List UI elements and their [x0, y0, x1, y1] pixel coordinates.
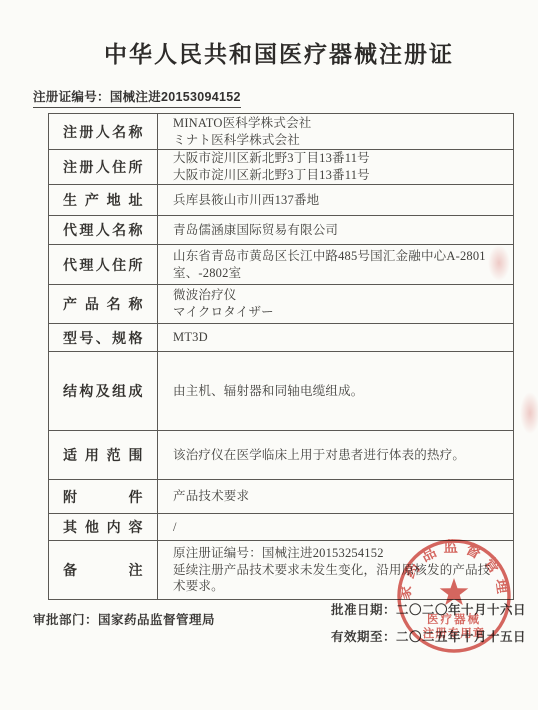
row-value-line: 原注册证编号：国械注进20153254152: [173, 545, 503, 562]
row-value-line: マイクロタイザー: [173, 304, 503, 321]
row-label: 适用范围: [63, 445, 143, 465]
row-label: 注册人名称: [63, 122, 143, 142]
row-label: 产品名称: [63, 294, 143, 314]
row-label: 型号、规格: [63, 328, 143, 348]
registration-number-line: 注册证编号：国械注进20153094152: [33, 87, 241, 108]
valid-until-date: 有效期至：二〇二五年十月十五日: [331, 627, 526, 645]
row-value-line: 兵库县筱山市川西137番地: [173, 192, 503, 209]
row-label: 附件: [63, 487, 143, 507]
row-label: 代理人名称: [63, 220, 143, 240]
row-value-line: 青岛儒涵康国际贸易有限公司: [173, 222, 503, 239]
table-row: 注册人名称 MINATO医科学株式会社 ミナト医科学株式会社: [49, 114, 513, 149]
row-value-line: MINATO医科学株式会社: [173, 115, 503, 132]
row-value-line: /: [173, 519, 503, 536]
row-value: 青岛儒涵康国际贸易有限公司: [158, 216, 513, 244]
table-row: 适用范围 该治疗仪在医学临床上用于对患者进行体表的热疗。: [49, 430, 513, 479]
table-row: 其他内容 /: [49, 513, 513, 540]
page-title: 中华人民共和国医疗器械注册证: [10, 36, 538, 69]
certificate-page: 中华人民共和国医疗器械注册证 注册证编号：国械注进20153094152 注册人…: [0, 0, 538, 710]
table-row: 结构及组成 由主机、辐射器和同轴电缆组成。: [49, 351, 513, 430]
row-value: 山东省青岛市黄岛区长江中路485号国汇金融中心A-2801室、-2802室: [158, 245, 513, 284]
approval-date-value: 二〇二〇年十月十六日: [396, 603, 526, 617]
row-value: /: [158, 514, 513, 540]
table-row: 附件 产品技术要求: [49, 479, 513, 513]
certificate-table: 注册人名称 MINATO医科学株式会社 ミナト医科学株式会社 注册人住所 大阪市…: [48, 113, 514, 600]
table-row: 代理人住所 山东省青岛市黄岛区长江中路485号国汇金融中心A-2801室、-28…: [49, 244, 513, 284]
row-value: 产品技术要求: [158, 480, 513, 513]
table-row: 生产地址 兵库县筱山市川西137番地: [49, 184, 513, 215]
row-value: 原注册证编号：国械注进20153254152 延续注册产品技术要求未发生变化，沿…: [158, 541, 513, 599]
registration-number-label: 注册证编号：: [33, 90, 110, 104]
row-value-line: 由主机、辐射器和同轴电缆组成。: [173, 383, 503, 400]
approval-department-label: 审批部门：: [33, 613, 98, 627]
approval-date: 批准日期：二〇二〇年十月十六日: [331, 600, 526, 618]
valid-until-value: 二〇二五年十月十五日: [396, 630, 526, 644]
row-value: MINATO医科学株式会社 ミナト医科学株式会社: [158, 114, 513, 149]
row-value-line: 大阪市淀川区新北野3丁目13番11号: [173, 150, 503, 167]
row-value: 兵库县筱山市川西137番地: [158, 185, 513, 215]
approval-department-value: 国家药品监督管理局: [98, 613, 215, 627]
row-value-line: 大阪市淀川区新北野3丁目13番11号: [173, 167, 503, 184]
row-value-line: MT3D: [173, 329, 503, 346]
valid-until-label: 有效期至：: [331, 630, 396, 644]
registration-number-value: 国械注进20153094152: [110, 90, 241, 104]
approval-department: 审批部门：国家药品监督管理局: [33, 610, 215, 628]
row-value-line: 延续注册产品技术要求未发生变化，沿用原核发的产品技术要求。: [173, 562, 503, 596]
row-value-line: 产品技术要求: [173, 488, 503, 505]
row-value: MT3D: [158, 324, 513, 351]
table-row: 型号、规格 MT3D: [49, 323, 513, 351]
row-label: 结构及组成: [63, 381, 143, 401]
row-value: 该治疗仪在医学临床上用于对患者进行体表的热疗。: [158, 431, 513, 479]
approval-date-label: 批准日期：: [331, 603, 396, 617]
ink-smudge: [520, 392, 538, 434]
row-label: 注册人住所: [63, 157, 143, 177]
table-row: 注册人住所 大阪市淀川区新北野3丁目13番11号 大阪市淀川区新北野3丁目13番…: [49, 149, 513, 184]
table-row: 代理人名称 青岛儒涵康国际贸易有限公司: [49, 215, 513, 244]
row-label: 其他内容: [63, 517, 143, 537]
row-label: 备注: [63, 560, 143, 580]
row-value: 微波治疗仪 マイクロタイザー: [158, 285, 513, 323]
row-label: 代理人住所: [63, 255, 143, 275]
row-value: 由主机、辐射器和同轴电缆组成。: [158, 352, 513, 430]
row-value-line: 该治疗仪在医学临床上用于对患者进行体表的热疗。: [173, 447, 503, 464]
row-label: 生产地址: [63, 190, 143, 210]
row-value-line: ミナト医科学株式会社: [173, 132, 503, 149]
row-value: 大阪市淀川区新北野3丁目13番11号 大阪市淀川区新北野3丁目13番11号: [158, 150, 513, 184]
row-value-line: 山东省青岛市黄岛区长江中路485号国汇金融中心A-2801室、-2802室: [173, 248, 503, 282]
row-value-line: 微波治疗仪: [173, 287, 503, 304]
table-row: 产品名称 微波治疗仪 マイクロタイザー: [49, 284, 513, 323]
table-row: 备注 原注册证编号：国械注进20153254152 延续注册产品技术要求未发生变…: [49, 540, 513, 599]
